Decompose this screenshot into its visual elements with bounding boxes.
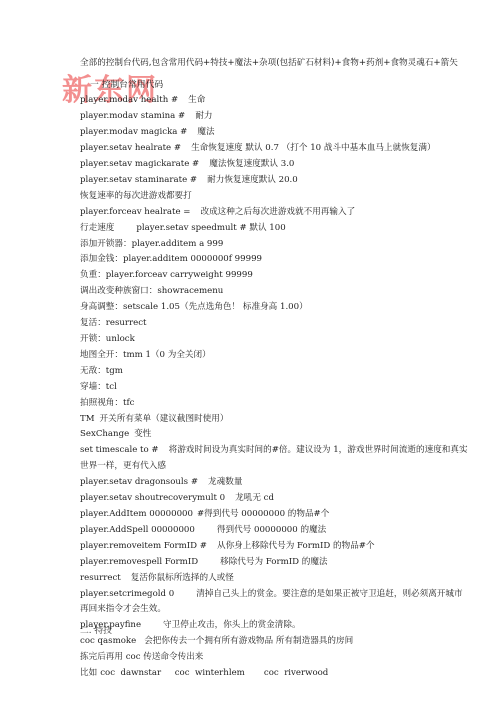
code-line: player.AddItem 00000000#得到代号 00000000 的物… [80,507,470,523]
command-text: 开锁： [80,334,106,344]
description-text: 复活你鼠标所选择的人或怪 [131,573,234,583]
description-text: showracemenu [157,286,223,296]
code-line: player.forceav healrate =改成这种之后每次进游戏就不用再… [80,205,470,221]
command-text: 拍照视角： [80,398,123,408]
code-line: 恢复速率的每次进游戏都要打 [80,189,470,205]
command-text: 复活： [80,318,106,328]
description-text: 移除代号为 FormID 的魔法 [220,557,327,567]
command-text: player.AddSpell 00000000 [80,525,195,535]
description-text: player.additem 0000000f 99999 [123,254,262,264]
description-text: tmm 1（0 为全关闭） [123,350,211,360]
intro-paragraph: 全部的控制台代码,包含常用代码+特技+魔法+杂项(包括矿石材料)+食物+药剂+食… [80,56,475,72]
description-text: tcl [106,382,117,392]
code-line: 负重：player.forceav carryweight 99999 [80,268,470,284]
description-text: 龙吼无 cd [235,493,274,503]
command-text: 无敌： [80,366,106,376]
description-text: setscale 1.05（先点选角色！ 标准身高 1.00） [123,302,308,312]
code-line: 穿墙：tcl [80,380,470,396]
command-text: 调出改变种族窗口： [80,286,157,296]
description-text: tfc [123,398,134,408]
command-text: player.setcrimegold 0 [80,589,174,599]
description-text: 开关所有菜单（建议截图时使用） [100,414,229,424]
description-text: 耐力恢复速度默认 20.0 [207,175,298,185]
description-text: 生命恢复速度 默认 0.7 （打个 10 战斗中基本血马上就恢复满） [191,143,436,153]
command-text: 添加开锁器： [80,239,132,249]
command-text: player.modav stamina # [80,111,185,121]
command-text: player.setav staminarate # [80,175,197,185]
code-line: 拍照视角：tfc [80,396,470,412]
description-text: 魔法 [197,127,214,137]
description-text: player.additem a 999 [132,239,224,249]
description-text: 得到代号 00000000 的魔法 [217,525,326,535]
command-text: player.setav healrate # [80,143,181,153]
command-text: player.forceav healrate = [80,207,190,217]
code-line: 比如coc dawnstar coc winterhlem coc riverw… [80,666,470,682]
command-text: player.removeitem FormID # [80,541,207,551]
command-text: 身高调整： [80,302,123,312]
code-line: SexChange变性 [80,427,470,443]
code-line: player.removeitem FormID #从你身上移除代号为 Form… [80,539,470,555]
code-line: player.AddSpell 00000000得到代号 00000000 的魔… [80,523,470,539]
description-text: player.setav speedmult # 默认 100 [136,223,285,233]
description-text: 从你身上移除代号为 FormID 的物品#个 [217,541,375,551]
command-text: player.modav health # [80,95,178,105]
code-line: 地图全开：tmm 1（0 为全关闭） [80,348,470,364]
code-line: player.modav stamina #耐力 [80,109,470,125]
description-text: 改成这种之后每次进游戏就不用再输入了 [200,207,355,217]
code-line: 身高调整：setscale 1.05（先点选角色！ 标准身高 1.00） [80,300,470,316]
code-line: player.setav shoutrecoverymult 0龙吼无 cd [80,491,470,507]
command-text: player.payfine [80,620,141,630]
code-line: player.payfine守卫停止攻击，你头上的赏金清除。 [80,618,470,634]
command-text: 穿墙： [80,382,106,392]
section-1-title: 一 控制台常用代码 [80,78,470,94]
code-line: player.setcrimegold 0清掉自己头上的赏金。要注意的是如果正被… [80,587,470,619]
description-text: 耐力 [195,111,212,121]
command-text: player.modav magicka # [80,127,187,137]
command-text: 行走速度 [80,223,114,233]
description-text: 魔法恢复速度默认 3.0 [209,159,294,169]
description-text: 变性 [134,429,151,439]
code-line: 复活：resurrect [80,316,470,332]
command-text: 地图全开： [80,350,123,360]
command-text: 比如 [80,668,97,678]
command-text: player.setav magickarate # [80,159,199,169]
code-line: player.modav magicka #魔法 [80,125,470,141]
command-text: player.AddItem 00000000 [80,509,193,519]
description-text: 龙魂数量 [208,477,242,487]
description-text: 守卫停止攻击，你头上的赏金清除。 [163,620,301,630]
command-text: coc qasmoke [80,636,136,646]
command-text: SexChange [80,429,129,439]
command-text: 负重： [80,270,106,280]
description-text: player.forceav carryweight 99999 [106,270,253,280]
command-text: resurrect [80,573,121,583]
description-text: 恢复速率的每次进游戏都要打 [80,191,192,201]
description-text: unlock [106,334,135,344]
description-text: #得到代号 00000000 的物品#个 [197,509,329,519]
code-line: player.setav dragonsouls #龙魂数量 [80,475,470,491]
description-text: 生命 [188,95,205,105]
command-text: TM [80,414,95,424]
code-line: set timescale to #将游戏时间设为真实时间的#倍。建议设为 1，… [80,443,470,475]
code-line: coc qasmoke会把你传去一个拥有所有游戏物品 所有制造器具的房间 [80,634,470,650]
code-line: player.setav magickarate #魔法恢复速度默认 3.0 [80,157,470,173]
code-line: 拣完后再用 coc 传送命令传出来 [80,650,470,666]
command-text: player.setav dragonsouls # [80,477,198,487]
code-line: 无敌：tgm [80,364,470,380]
code-line: 开锁：unlock [80,332,470,348]
description-text: 会把你传去一个拥有所有游戏物品 所有制造器具的房间 [144,636,353,646]
code-line: 添加开锁器：player.additem a 999 [80,237,470,253]
command-text: set timescale to # [80,445,159,455]
description-text: tgm [106,366,123,376]
code-line: player.modav health #生命 [80,93,470,109]
document-page: 新东网 全部的控制台代码,包含常用代码+特技+魔法+杂项(包括矿石材料)+食物+… [0,0,500,707]
code-line: TM开关所有菜单（建议截图时使用） [80,412,470,428]
description-text: coc dawnstar coc winterhlem coc riverwoo… [100,668,328,678]
code-line: 调出改变种族窗口：showracemenu [80,284,470,300]
document-content: 全部的控制台代码,包含常用代码+特技+魔法+杂项(包括矿石材料)+食物+药剂+食… [80,56,470,682]
command-text: 添加金钱： [80,254,123,264]
description-text: 拣完后再用 coc 传送命令传出来 [80,652,203,662]
command-text: player.removespell FormID [80,557,198,567]
command-text: player.setav shoutrecoverymult 0 [80,493,225,503]
code-line: resurrect复活你鼠标所选择的人或怪 [80,571,470,587]
code-line: player.setav healrate #生命恢复速度 默认 0.7 （打个… [80,141,470,157]
description-text: resurrect [106,318,147,328]
code-line: player.removespell FormID移除代号为 FormID 的魔… [80,555,470,571]
code-line: 行走速度player.setav speedmult # 默认 100 [80,221,470,237]
code-line: player.setav staminarate #耐力恢复速度默认 20.0 [80,173,470,189]
code-line: 添加金钱：player.additem 0000000f 99999 [80,252,470,268]
